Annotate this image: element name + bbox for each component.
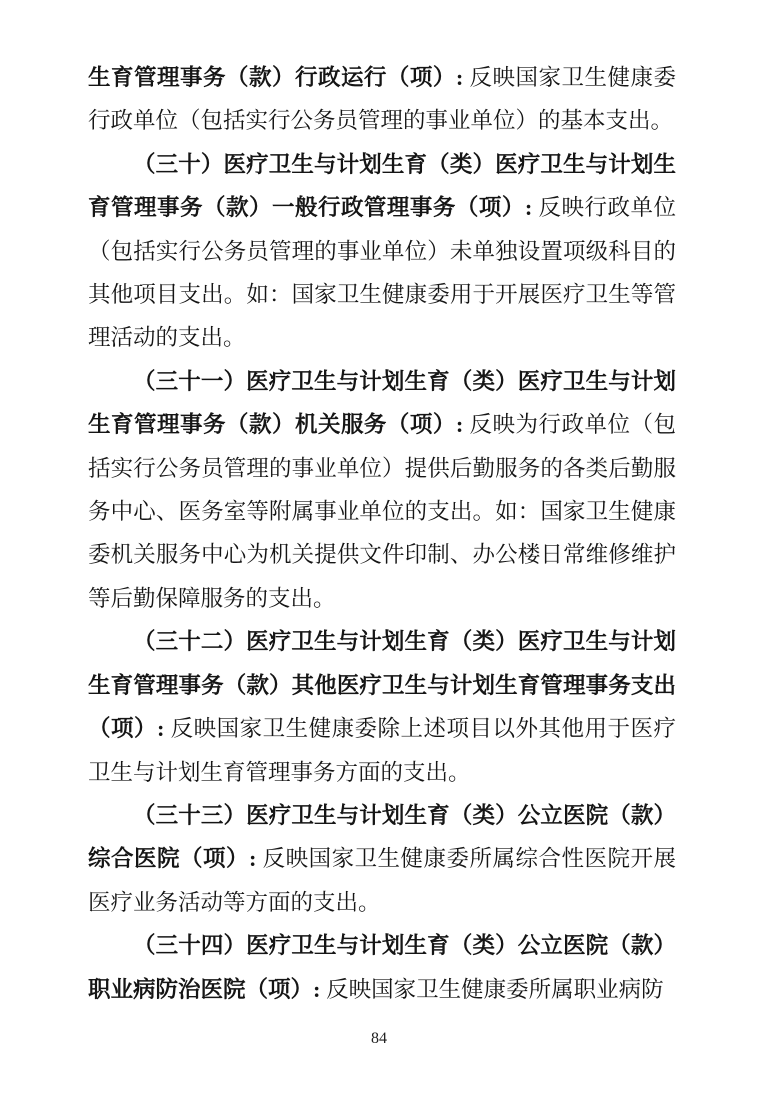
paragraph-2: （三十）医疗卫生与计划生育（类）医疗卫生与计划生育管理事务（款）一般行政管理事务… bbox=[88, 143, 676, 360]
clause-body: 反映国家卫生健康委除上述项目以外其他用于医疗卫生与计划生育管理事务方面的支出。 bbox=[88, 716, 676, 784]
document-page: 生育管理事务（款）行政运行（项）: 反映国家卫生健康委行政单位（包括实行公务员管… bbox=[0, 0, 758, 1100]
paragraph-1: 生育管理事务（款）行政运行（项）: 反映国家卫生健康委行政单位（包括实行公务员管… bbox=[88, 56, 676, 143]
clause-body: 反映为行政单位（包括实行公务员管理的事业单位）提供后勤服务的各类后勤服务中心、医… bbox=[88, 412, 676, 611]
paragraph-6: （三十四）医疗卫生与计划生育（类）公立医院（款）职业病防治医院（项）: 反映国家… bbox=[88, 924, 676, 1011]
paragraph-3: （三十一）医疗卫生与计划生育（类）医疗卫生与计划生育管理事务（款）机关服务（项）… bbox=[88, 360, 676, 620]
clause-heading: 生育管理事务（款）行政运行（项）: bbox=[88, 65, 463, 90]
page-number: 84 bbox=[0, 1028, 758, 1050]
clause-body: 反映国家卫生健康委所属职业病防 bbox=[321, 977, 664, 1002]
document-body: 生育管理事务（款）行政运行（项）: 反映国家卫生健康委行政单位（包括实行公务员管… bbox=[88, 56, 676, 1011]
paragraph-4: （三十二）医疗卫生与计划生育（类）医疗卫生与计划生育管理事务（款）其他医疗卫生与… bbox=[88, 620, 676, 794]
paragraph-5: （三十三）医疗卫生与计划生育（类）公立医院（款）综合医院（项）: 反映国家卫生健… bbox=[88, 794, 676, 924]
